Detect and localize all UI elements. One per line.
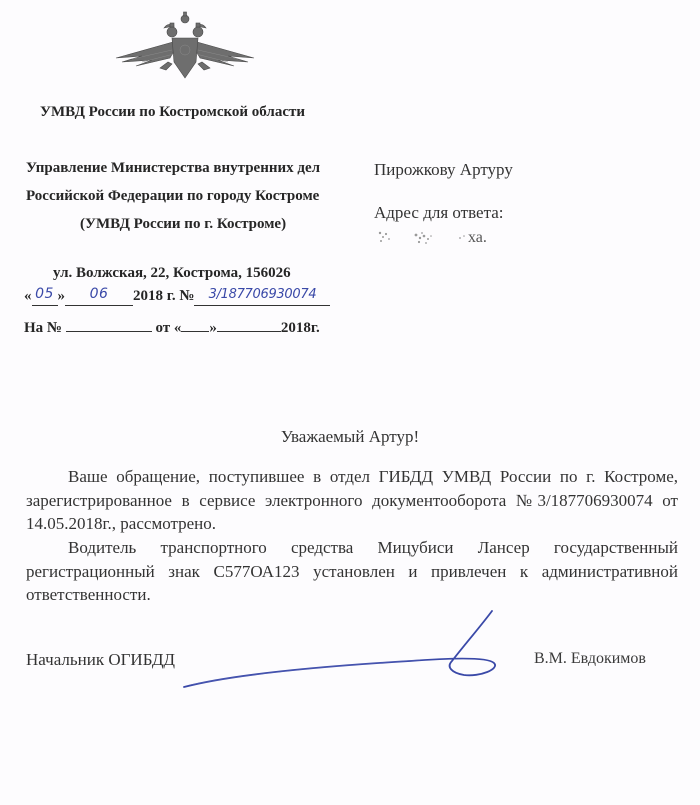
outgoing-month: 06 <box>90 286 109 302</box>
org-name-line-1: Управление Министерства внутренних дел <box>26 160 320 177</box>
outgoing-number-field: 3/187706930074 <box>194 288 330 306</box>
salutation: Уважаемый Артур! <box>0 427 700 447</box>
org-address: ул. Волжская, 22, Кострома, 156026 <box>53 265 291 282</box>
signatory-name: В.М. Евдокимов <box>534 650 646 668</box>
incoming-close-quote: » <box>209 320 217 336</box>
incoming-from-label: от « <box>156 320 182 336</box>
body-paragraph-2: Водитель транспортного средства Мицубиси… <box>26 536 678 607</box>
incoming-prefix: На № <box>24 320 62 336</box>
reply-address-fragment: ха. <box>468 229 487 246</box>
outgoing-day: 05 <box>35 286 54 302</box>
outgoing-year-label: 2018 г. № <box>133 288 194 304</box>
incoming-day-field <box>181 314 209 332</box>
signatory-title: Начальник ОГИБДД <box>26 650 175 670</box>
recipient-name: Пирожкову Артуру <box>374 160 513 180</box>
outgoing-day-field: 05 <box>32 288 58 306</box>
incoming-month-field <box>217 314 281 332</box>
org-short-name: (УМВД России по г. Костроме) <box>80 216 286 233</box>
close-quote: » <box>58 288 66 304</box>
reply-address-redacted: ха. <box>376 227 536 249</box>
reply-address-label: Адрес для ответа: <box>374 203 503 223</box>
incoming-year-label: 2018г. <box>281 320 320 336</box>
body-paragraph-1: Ваше обращение, поступившее в отдел ГИБД… <box>26 465 678 536</box>
region-office-name: УМВД России по Костромской области <box>40 104 305 121</box>
open-quote: « <box>24 288 32 304</box>
outgoing-date-number: «05»062018 г. №3/187706930074 <box>24 288 330 306</box>
incoming-reference: На № от «»2018г. <box>24 314 320 337</box>
incoming-number-field <box>66 314 152 332</box>
handwritten-signature-icon <box>170 605 510 695</box>
outgoing-month-field: 06 <box>65 288 133 306</box>
org-name-line-2: Российской Федерации по городу Костроме <box>26 188 319 205</box>
outgoing-number: 3/187706930074 <box>209 287 317 302</box>
mvd-emblem-icon <box>112 10 258 80</box>
